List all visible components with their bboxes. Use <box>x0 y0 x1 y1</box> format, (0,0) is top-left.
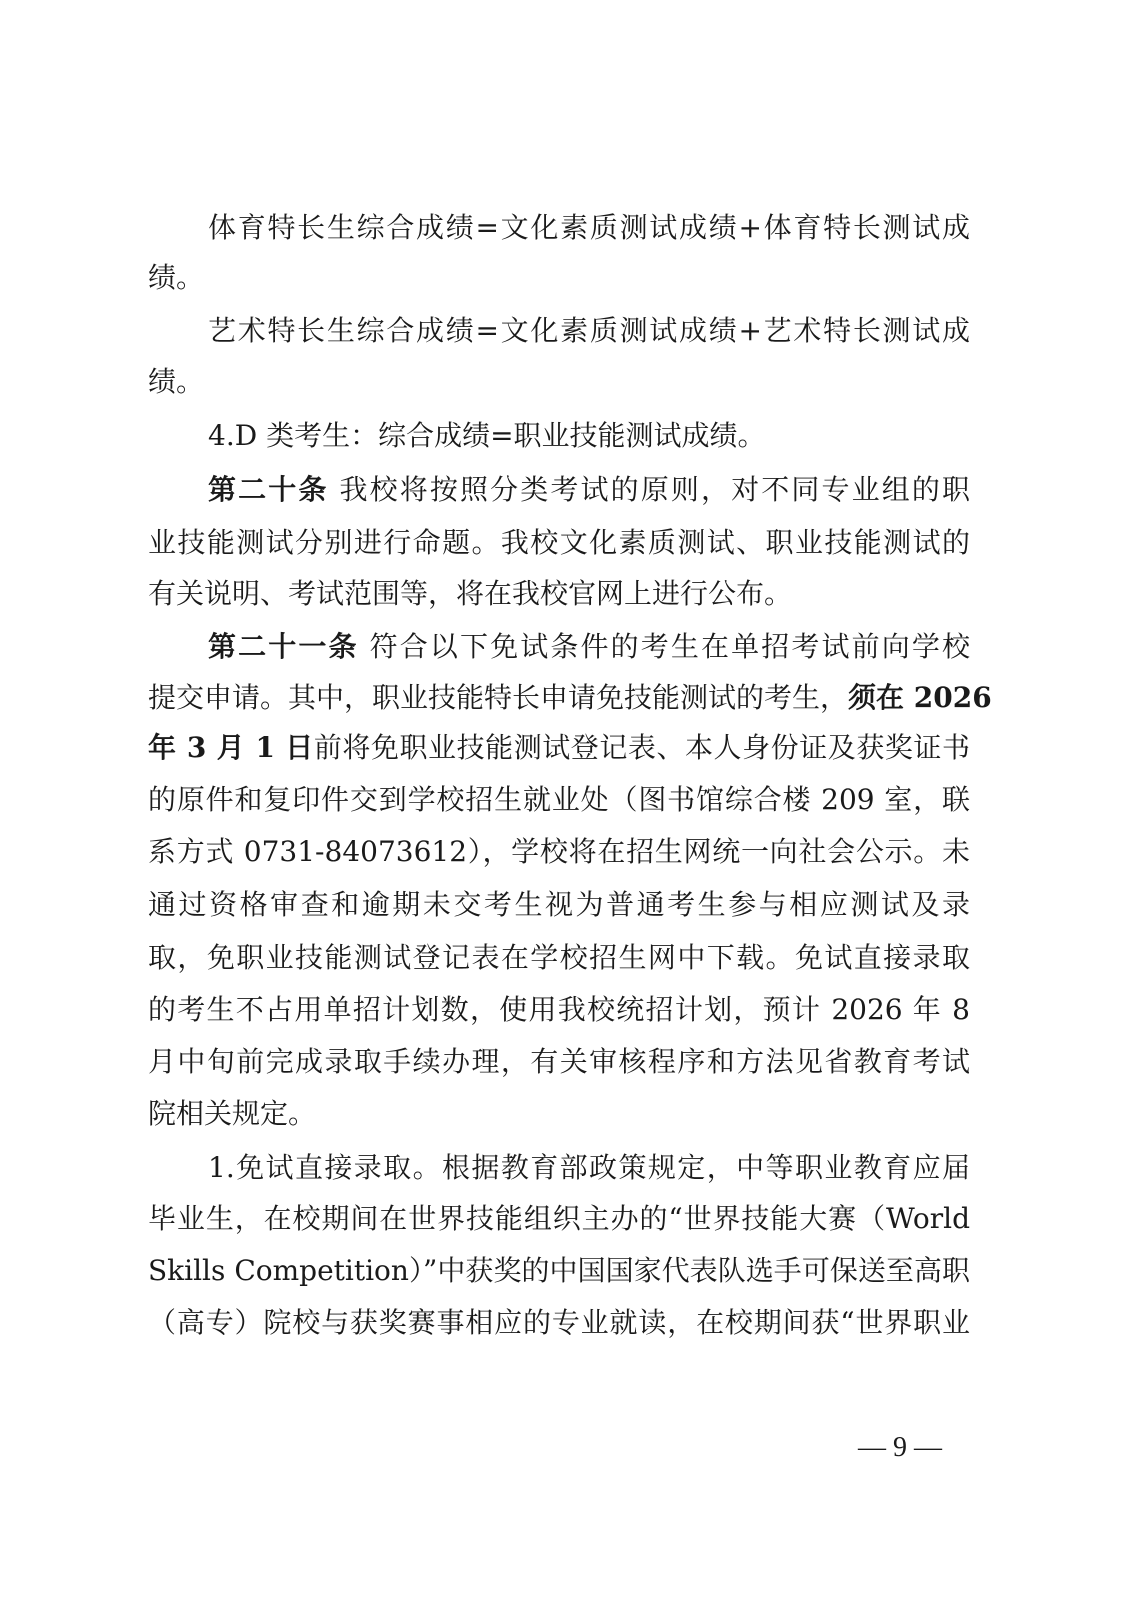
paragraph-line: 4.D 类考生：综合成绩=职业技能测试成绩。 <box>208 416 970 456</box>
deadline-emphasis: 须在 2026 <box>848 681 992 714</box>
paragraph-line: 有关说明、考试范围等，将在我校官网上进行公布。 <box>148 574 970 614</box>
page-number: — 9 — <box>840 1428 960 1468</box>
article-20-line: 第二十条 我校将按照分类考试的原则，对不同专业组的职 <box>208 470 970 510</box>
paragraph-line: 的原件和复印件交到学校招生就业处（图书馆综合楼 209 室，联 <box>148 780 970 820</box>
paragraph-line: 业技能测试分别进行命题。我校文化素质测试、职业技能测试的 <box>148 523 970 563</box>
paragraph-line: 系方式 0731-84073612），学校将在招生网统一向社会公示。未 <box>148 832 970 872</box>
paragraph-text: 提交申请。其中，职业技能特长申请免技能测试的考生， <box>148 681 848 714</box>
paragraph-line: 艺术特长生综合成绩=文化素质测试成绩+艺术特长测试成 <box>208 311 970 351</box>
article-21-line: 第二十一条 符合以下免试条件的考生在单招考试前向学校 <box>208 627 970 667</box>
paragraph-text: 前将免职业技能测试登记表、本人身份证及获奖证书 <box>314 731 970 764</box>
paragraph-line: 毕业生，在校期间在世界技能组织主办的“世界技能大赛（World <box>148 1199 970 1239</box>
paragraph-line: 的考生不占用单招计划数，使用我校统招计划，预计 2026 年 8 <box>148 990 970 1030</box>
paragraph-line: 通过资格审查和逾期未交考生视为普通考生参与相应测试及录 <box>148 885 970 925</box>
paragraph-line: 1.免试直接录取。根据教育部政策规定，中等职业教育应届 <box>208 1148 970 1188</box>
paragraph-line: Skills Competition）”中获奖的中国国家代表队选手可保送至高职 <box>148 1251 970 1291</box>
paragraph-line: 体育特长生综合成绩=文化素质测试成绩+体育特长测试成 <box>208 208 970 248</box>
paragraph-text: 符合以下免试条件的考生在单招考试前向学校 <box>370 630 970 663</box>
paragraph-line: 提交申请。其中，职业技能特长申请免技能测试的考生，须在 2026 <box>148 678 970 718</box>
paragraph-line: （高专）院校与获奖赛事相应的专业就读，在校期间获“世界职业 <box>148 1303 970 1343</box>
article-heading: 第二十一条 <box>208 630 359 663</box>
paragraph-line: 年 3 月 1 日前将免职业技能测试登记表、本人身份证及获奖证书 <box>148 728 970 768</box>
paragraph-line: 绩。 <box>148 362 970 402</box>
deadline-emphasis: 年 3 月 1 日 <box>148 731 314 764</box>
paragraph-line: 院相关规定。 <box>148 1094 970 1134</box>
paragraph-line: 绩。 <box>148 258 970 298</box>
article-heading: 第二十条 <box>208 473 329 506</box>
paragraph-text: 我校将按照分类考试的原则，对不同专业组的职 <box>340 473 970 506</box>
paragraph-line: 取，免职业技能测试登记表在学校招生网中下载。免试直接录取 <box>148 938 970 978</box>
document-page: 体育特长生综合成绩=文化素质测试成绩+体育特长测试成 绩。 艺术特长生综合成绩=… <box>0 0 1131 1600</box>
paragraph-line: 月中旬前完成录取手续办理，有关审核程序和方法见省教育考试 <box>148 1042 970 1082</box>
